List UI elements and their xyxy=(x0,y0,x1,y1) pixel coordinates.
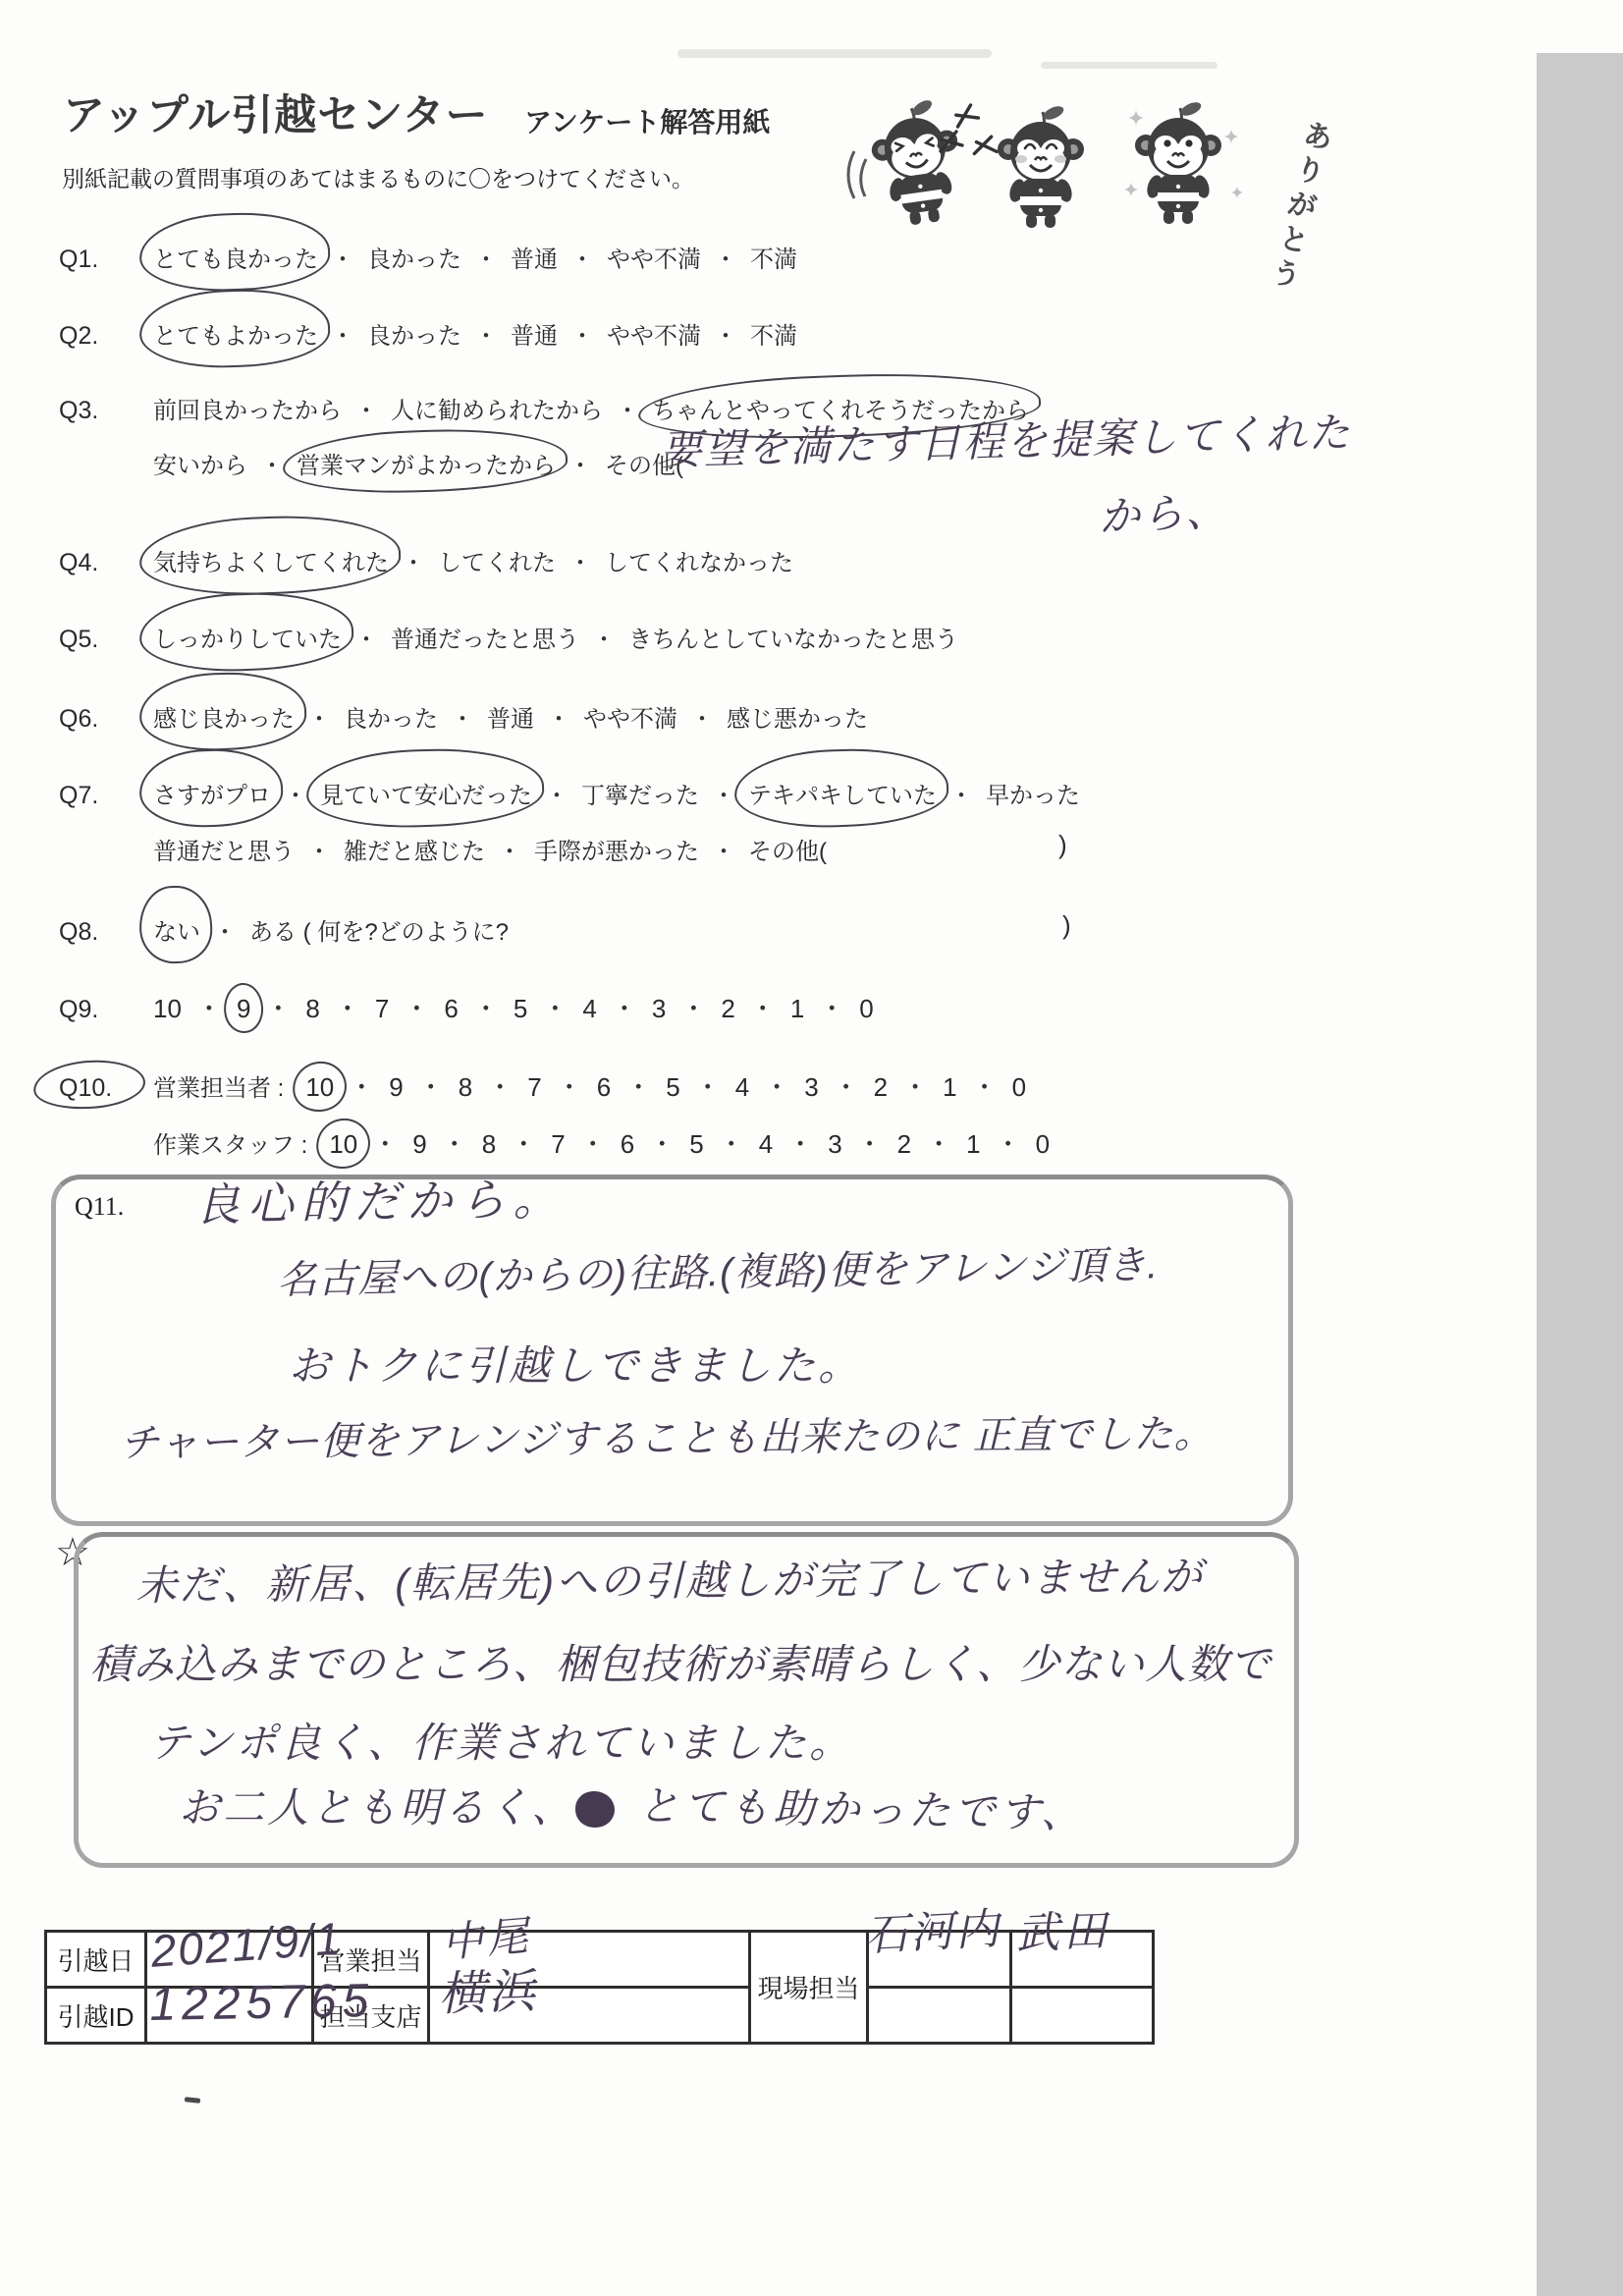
q9-score-selected: 9 xyxy=(237,994,250,1024)
q3-option-selected: 営業マンがよかったから xyxy=(297,446,556,480)
option-separator: ・ xyxy=(545,776,568,810)
q4-option: してくれた xyxy=(438,543,556,577)
q10-score: 2 xyxy=(874,1072,888,1103)
scan-smudge xyxy=(1041,62,1217,69)
label-move-date: 引越日 xyxy=(47,1933,147,1989)
option-separator: ・ xyxy=(926,1124,951,1161)
option-separator: ・ xyxy=(402,543,425,577)
q10-label: Q10. xyxy=(59,1074,153,1103)
form-title: アンケート解答用紙 xyxy=(524,101,770,140)
q8-option-aru: ある ( 何を?どのように? xyxy=(249,912,509,947)
q10-score: 9 xyxy=(389,1072,403,1103)
q10-score: 3 xyxy=(804,1072,818,1103)
q9-score: 8 xyxy=(305,994,319,1024)
q10-score: 4 xyxy=(759,1129,773,1160)
question-row-q6: Q6. 感じ良かった ・ 良かった ・ 普通 ・ やや不満 ・ 感じ悪かった xyxy=(59,699,868,734)
q6-option: 普通 xyxy=(487,699,534,734)
q2-option-selected: とてもよかった xyxy=(153,316,318,351)
question-row-q5: Q5. しっかりしていた ・ 普通だったと思う ・ きちんとしていなかったと思う xyxy=(59,620,958,654)
q8-option-selected: ない xyxy=(153,912,200,947)
option-separator: ・ xyxy=(196,989,222,1025)
mascot-monkey-standing xyxy=(1135,100,1221,224)
q1-option: やや不満 xyxy=(607,240,701,274)
q10-staff-score-selected: 10 xyxy=(329,1129,357,1160)
q1-option-selected: とても良かった xyxy=(153,240,318,274)
question-row-q2: Q2. とてもよかった ・ 良かった ・ 普通 ・ やや不満 ・ 不満 xyxy=(59,316,797,351)
q1-option: 普通 xyxy=(511,240,558,274)
free-comment-line3: テンポ良く、作業されていました。 xyxy=(149,1721,853,1766)
q10-score: 6 xyxy=(597,1072,611,1103)
scanned-survey-page: アップル引越センター アンケート解答用紙 別紙記載の質問事項のあてはまるものに〇… xyxy=(0,0,1623,2296)
hw-field-rep1: 石河内 xyxy=(864,1906,1001,1961)
q2-option: 普通 xyxy=(511,316,558,351)
option-separator: ・ xyxy=(714,240,737,274)
motion-lines xyxy=(848,151,866,198)
q3-handwritten-note-line2: から、 xyxy=(1098,488,1229,540)
q2-option: 良かった xyxy=(367,316,461,351)
option-separator: ・ xyxy=(442,1124,467,1161)
option-separator: ・ xyxy=(331,240,354,274)
q1-option: 不満 xyxy=(750,240,797,274)
option-separator: ・ xyxy=(354,391,378,425)
q7-other-label: その他( xyxy=(748,832,827,866)
option-separator: ・ xyxy=(612,989,637,1025)
q5-option: きちんとしていなかったと思う xyxy=(628,620,958,654)
q9-score: 4 xyxy=(582,994,596,1024)
q9-score: 10 xyxy=(153,994,182,1024)
option-separator: ・ xyxy=(719,1124,744,1161)
q3-option: 前回良かったから xyxy=(153,391,342,425)
q5-label: Q5. xyxy=(59,626,153,654)
q4-option: してくれなかった xyxy=(605,543,793,577)
label-field-rep: 現場担当 xyxy=(751,1933,869,2045)
q9-score: 5 xyxy=(514,994,527,1024)
option-separator: ・ xyxy=(372,1124,398,1161)
option-separator: ・ xyxy=(712,832,735,866)
free-comment-line4b: とても助かったです、 xyxy=(637,1783,1086,1836)
q11-handwriting-line1: 良心的だから。 xyxy=(194,1174,567,1230)
option-separator: ・ xyxy=(260,446,284,480)
question-row-q10-line2: 作業スタッフ : 10 ・ 9 ・ 8 ・ 7 ・ 6 ・ 5 ・ 4 ・ 3 … xyxy=(59,1124,1050,1161)
scan-artifact-mark xyxy=(185,2097,200,2104)
q10-row1-prefix: 営業担当者 : xyxy=(153,1068,284,1103)
option-separator: ・ xyxy=(547,699,570,734)
free-comment-line4a: お二人とも明るく、 xyxy=(179,1785,575,1831)
q1-option: 良かった xyxy=(367,240,461,274)
q9-score: 6 xyxy=(444,994,458,1024)
option-separator: ・ xyxy=(902,1067,928,1104)
q10-score: 7 xyxy=(551,1129,565,1160)
option-separator: ・ xyxy=(418,1067,444,1104)
q5-option: 普通だったと思う xyxy=(391,620,579,654)
option-separator: ・ xyxy=(857,1124,883,1161)
q10-score: 9 xyxy=(412,1129,426,1160)
option-separator: ・ xyxy=(819,989,844,1025)
q10-score: 1 xyxy=(943,1072,956,1103)
q7-option: 雑だと感じた xyxy=(344,832,485,866)
option-separator: ・ xyxy=(542,989,568,1025)
option-separator: ・ xyxy=(834,1067,859,1104)
option-separator: ・ xyxy=(354,620,378,654)
option-separator: ・ xyxy=(570,316,594,351)
instruction-text: 別紙記載の質問事項のあてはまるものに〇をつけてください。 xyxy=(62,161,694,193)
q11-handwriting-line3: おトクに引越しできました。 xyxy=(289,1343,862,1389)
scribble-icon xyxy=(577,1793,613,1826)
q3-option: 人に勧められたから xyxy=(391,391,603,425)
q10-score: 4 xyxy=(735,1072,749,1103)
option-separator: ・ xyxy=(996,1124,1021,1161)
q6-option: 良かった xyxy=(344,699,438,734)
question-row-q3-line2: 安いから ・ 営業マンがよかったから ・ その他( xyxy=(59,446,683,480)
q10-score: 5 xyxy=(689,1129,703,1160)
q7-close-paren: ) xyxy=(1058,830,1067,860)
option-separator: ・ xyxy=(649,1124,675,1161)
question-row-q1: Q1. とても良かった ・ 良かった ・ 普通 ・ やや不満 ・ 不満 xyxy=(59,240,797,274)
option-separator: ・ xyxy=(680,989,706,1025)
q10-score: 8 xyxy=(482,1129,496,1160)
mascot-monkey-waving xyxy=(865,94,968,230)
option-separator: ・ xyxy=(592,620,616,654)
question-row-q3-line1: Q3. 前回良かったから ・ 人に勧められたから ・ ちゃんとやってくれそうだっ… xyxy=(59,391,1029,425)
q5-option-selected: しっかりしていた xyxy=(153,620,342,654)
mascot-monkey-happy xyxy=(998,104,1084,228)
q10-score: 3 xyxy=(828,1129,841,1160)
option-separator: ・ xyxy=(265,989,291,1025)
question-row-q7-line1: Q7. さすがプロ ・ 見ていて安心だった ・ 丁寧だった ・ テキパキしていた… xyxy=(59,776,1080,810)
free-comment-line1: 未だ、新居、(転居先)への引越しが完了していませんが xyxy=(135,1555,1204,1610)
option-separator: ・ xyxy=(557,1067,582,1104)
mascot-illustration xyxy=(846,88,1308,285)
option-separator: ・ xyxy=(307,832,331,866)
q10-score: 0 xyxy=(1036,1129,1050,1160)
option-separator: ・ xyxy=(473,989,499,1025)
q9-score: 7 xyxy=(375,994,389,1024)
option-separator: ・ xyxy=(625,1067,651,1104)
option-separator: ・ xyxy=(487,1067,513,1104)
question-row-q4: Q4. 気持ちよくしてくれた ・ してくれた ・ してくれなかった xyxy=(59,543,793,577)
option-separator: ・ xyxy=(307,699,331,734)
q9-score: 2 xyxy=(721,994,734,1024)
question-row-q9: Q9. 10 ・ 9 ・ 8 ・ 7 ・ 6 ・ 5 ・ 4 ・ 3 ・ 2 ・… xyxy=(59,989,874,1025)
option-separator: ・ xyxy=(695,1067,721,1104)
option-separator: ・ xyxy=(750,989,776,1025)
q7-option-selected: さすがプロ xyxy=(153,776,271,810)
hw-field-rep2: 武田 xyxy=(1015,1908,1111,1959)
option-separator: ・ xyxy=(474,316,498,351)
q8-close-paren: ) xyxy=(1062,910,1071,941)
q11-label: Q11. xyxy=(75,1192,124,1222)
option-separator: ・ xyxy=(511,1124,536,1161)
q10-row2-prefix: 作業スタッフ : xyxy=(153,1125,307,1160)
q9-score: 1 xyxy=(790,994,804,1024)
option-separator: ・ xyxy=(451,699,474,734)
q6-label: Q6. xyxy=(59,705,153,734)
scanner-background-strip xyxy=(1537,53,1623,2296)
label-move-id: 引越ID xyxy=(47,1989,147,2045)
option-separator: ・ xyxy=(404,989,429,1025)
option-separator: ・ xyxy=(764,1067,789,1104)
q10-score: 1 xyxy=(966,1129,980,1160)
option-separator: ・ xyxy=(714,316,737,351)
q2-label: Q2. xyxy=(59,322,153,351)
option-separator: ・ xyxy=(568,543,592,577)
q10-score: 7 xyxy=(527,1072,541,1103)
option-separator: ・ xyxy=(972,1067,998,1104)
q10-score: 8 xyxy=(459,1072,472,1103)
q7-option-selected: テキパキしていた xyxy=(748,776,937,810)
brand-title: アップル引越センター xyxy=(63,82,489,142)
q6-option: 感じ悪かった xyxy=(727,699,868,734)
q9-label: Q9. xyxy=(59,996,153,1024)
q10-score: 5 xyxy=(666,1072,679,1103)
q7-label: Q7. xyxy=(59,782,153,810)
option-separator: ・ xyxy=(580,1124,606,1161)
q2-option: やや不満 xyxy=(607,316,701,351)
empty-cell xyxy=(1012,1989,1155,2045)
option-separator: ・ xyxy=(335,989,360,1025)
option-separator: ・ xyxy=(331,316,354,351)
question-row-q10-line1: Q10. 営業担当者 : 10 ・ 9 ・ 8 ・ 7 ・ 6 ・ 5 ・ 4 … xyxy=(59,1067,1026,1104)
option-separator: ・ xyxy=(570,240,594,274)
option-separator: ・ xyxy=(690,699,714,734)
q3-option: 安いから xyxy=(153,446,247,480)
option-separator: ・ xyxy=(213,912,237,947)
q7-option: 早かった xyxy=(986,776,1080,810)
q3-label: Q3. xyxy=(59,397,153,425)
q7-option: 手際が悪かった xyxy=(534,832,699,866)
q6-option-selected: 感じ良かった xyxy=(153,699,295,734)
hw-move-id: 1225765 xyxy=(149,1976,375,2032)
q10-score: 2 xyxy=(897,1129,911,1160)
hw-sales-rep: 中尾 xyxy=(440,1913,534,1966)
question-row-q7-line2: 普通だと思う ・ 雑だと感じた ・ 手際が悪かった ・ その他( xyxy=(59,832,827,866)
q7-option: 丁寧だった xyxy=(581,776,699,810)
option-separator: ・ xyxy=(712,776,735,810)
scan-smudge xyxy=(677,49,992,58)
option-separator: ・ xyxy=(787,1124,813,1161)
hw-branch: 横浜 xyxy=(438,1967,538,2022)
option-separator: ・ xyxy=(568,446,592,480)
q10-score: 0 xyxy=(1012,1072,1026,1103)
q4-option-selected: 気持ちよくしてくれた xyxy=(153,543,389,577)
q10-score: 6 xyxy=(621,1129,634,1160)
q6-option: やや不満 xyxy=(583,699,677,734)
q10-sales-score-selected: 10 xyxy=(305,1072,334,1103)
q4-label: Q4. xyxy=(59,549,153,577)
q9-score: 3 xyxy=(652,994,666,1024)
q8-label: Q8. xyxy=(59,918,153,947)
free-comment-line2: 積み込みまでのところ、梱包技術が素晴らしく、少ない人数で xyxy=(90,1642,1271,1687)
option-separator: ・ xyxy=(474,240,498,274)
option-separator: ・ xyxy=(349,1067,374,1104)
q9-score: 0 xyxy=(859,994,873,1024)
q2-option: 不満 xyxy=(750,316,797,351)
q7-option: 普通だと思う xyxy=(153,832,295,866)
q1-label: Q1. xyxy=(59,246,153,274)
option-separator: ・ xyxy=(616,391,639,425)
empty-cell xyxy=(869,1989,1012,2045)
option-separator: ・ xyxy=(498,832,521,866)
option-separator: ・ xyxy=(949,776,973,810)
q7-option-selected: 見ていて安心だった xyxy=(320,776,532,810)
question-row-q8: Q8. ない ・ ある ( 何を?どのように? xyxy=(59,912,509,947)
option-separator: ・ xyxy=(284,776,307,810)
